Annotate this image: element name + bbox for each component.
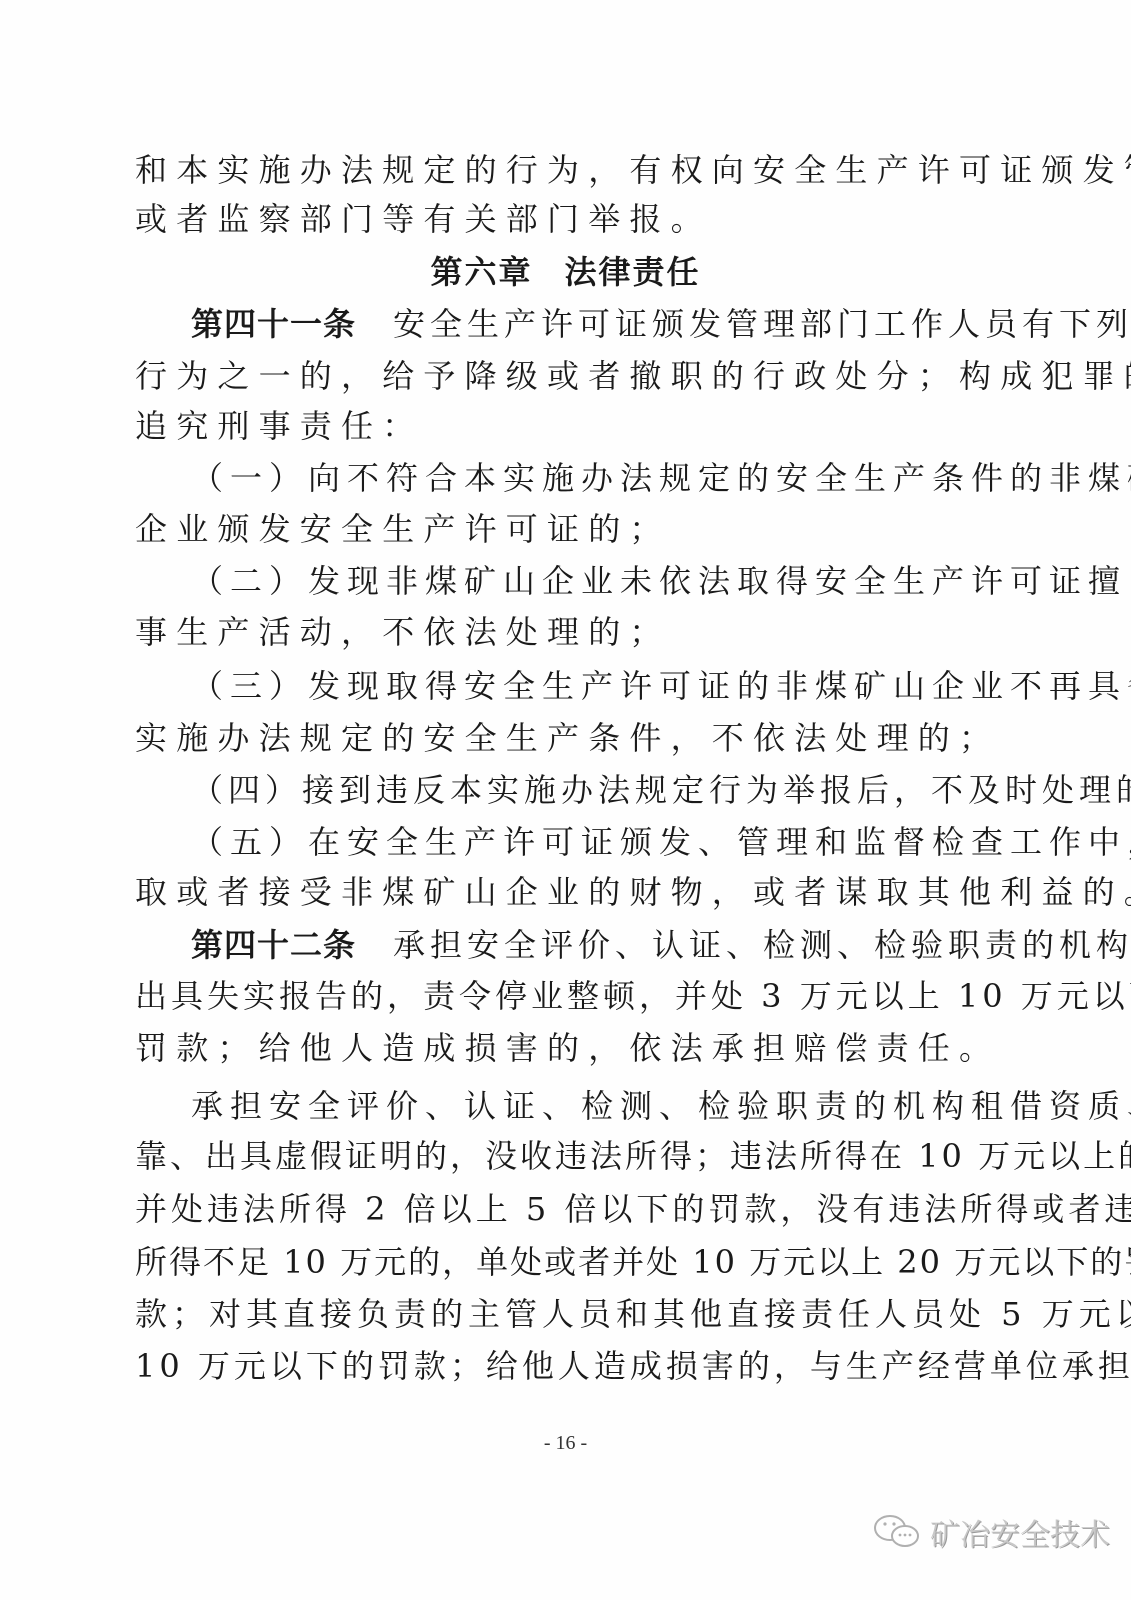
body-line: 款；对其直接负责的主管人员和其他直接责任人员处 5 万元以上 <box>135 1288 977 1340</box>
list-item-5-cont: 取或者接受非煤矿山企业的财物，或者谋取其他利益的。 <box>135 866 977 918</box>
list-item-2-cont: 事生产活动，不依法处理的； <box>135 606 977 658</box>
body-line: 罚款；给他人造成损害的，依法承担赔偿责任。 <box>135 1022 977 1074</box>
body-line: 或者监察部门等有关部门举报。 <box>135 193 977 245</box>
body-line: 追究刑事责任： <box>135 400 977 452</box>
chapter-heading: 第六章法律责任 <box>0 246 1131 298</box>
body-line: 并处违法所得 2 倍以上 5 倍以下的罚款，没有违法所得或者违法 <box>135 1183 977 1235</box>
list-item-1: （一）向不符合本实施办法规定的安全生产条件的非煤矿山 <box>191 452 977 504</box>
article-42-first-line: 第四十二条 承担安全评价、认证、检测、检验职责的机构 <box>191 919 977 971</box>
chapter-title: 法律责任 <box>565 253 701 291</box>
chapter-number: 第六章 <box>430 253 532 291</box>
list-item-5: （五）在安全生产许可证颁发、管理和监督检查工作中，索 <box>191 816 977 868</box>
article-42-text: 承担安全评价、认证、检测、检验职责的机构 <box>393 926 1131 964</box>
body-line: 靠、出具虚假证明的，没收违法所得；违法所得在 10 万元以上的， <box>135 1130 977 1182</box>
document-page: 和本实施办法规定的行为，有权向安全生产许可证颁发管理部门 或者监察部门等有关部门… <box>0 0 1131 1600</box>
body-line: 出具失实报告的，责令停业整顿，并处 3 万元以上 10 万元以下的 <box>135 970 977 1022</box>
body-line: 所得不足 10 万元的，单处或者并处 10 万元以上 20 万元以下的罚 <box>135 1236 977 1288</box>
list-item-2: （二）发现非煤矿山企业未依法取得安全生产许可证擅自从 <box>191 555 977 607</box>
body-line: 行为之一的，给予降级或者撤职的行政处分；构成犯罪的，依法 <box>135 350 977 402</box>
list-item-3: （三）发现取得安全生产许可证的非煤矿山企业不再具备本 <box>191 660 977 712</box>
article-42-label: 第四十二条 <box>191 926 356 964</box>
watermark-text: 矿冶安全技术 <box>930 1510 1110 1554</box>
article-41-text: 安全生产许可证颁发管理部门工作人员有下列 <box>393 305 1131 343</box>
body-line: 和本实施办法规定的行为，有权向安全生产许可证颁发管理部门 <box>135 144 977 196</box>
body-line: 承担安全评价、认证、检测、检验职责的机构租借资质、挂 <box>191 1080 977 1132</box>
article-41-label: 第四十一条 <box>191 305 356 343</box>
article-41-first-line: 第四十一条 安全生产许可证颁发管理部门工作人员有下列 <box>191 298 977 350</box>
watermark: 矿冶安全技术 <box>872 1512 1110 1552</box>
list-item-3-cont: 实施办法规定的安全生产条件，不依法处理的； <box>135 712 977 764</box>
wechat-icon <box>872 1513 924 1551</box>
page-number: - 16 - <box>0 1432 1131 1455</box>
list-item-1-cont: 企业颁发安全生产许可证的； <box>135 503 977 555</box>
list-item-4: （四）接到违反本实施办法规定行为举报后，不及时处理的； <box>191 764 977 816</box>
body-line: 10 万元以下的罚款；给他人造成损害的，与生产经营单位承担连 <box>135 1340 977 1392</box>
